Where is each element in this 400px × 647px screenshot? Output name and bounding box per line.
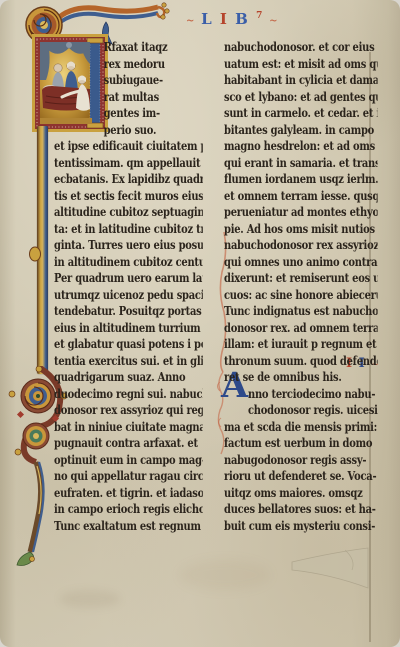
text-line: tendebatur. Posuitqz portas [54, 303, 203, 320]
text-line: ta: et in latitudine cubitoz tri- [54, 221, 203, 238]
text-line: in altitudinem cubitoz centu. [54, 254, 203, 271]
text-line: altitudine cubitoz septuagin- [54, 204, 203, 221]
text-line: perueniatur ad montes ethyo- [224, 204, 378, 221]
title-flourish-super: 7 [256, 11, 262, 21]
text-line: eius in altitudinem turrium [54, 320, 203, 337]
text-column-right: nabuchodonosor. et cor eius ele-uatum es… [224, 39, 378, 539]
text-line: donosor rex. ad omnem terram [224, 320, 378, 337]
running-title: ~ L I B 7 ~ [186, 10, 277, 28]
text-line: duces bellatores suos: et ha- [224, 501, 378, 518]
text-line: nabugodonosor regis assy- [224, 452, 378, 469]
title-letter-L: L [201, 10, 213, 28]
text-line: pugnauit contra arfaxat. et [54, 435, 203, 452]
text-line: buit cum eis mysteriu consi- [224, 518, 378, 535]
text-line: rat multas [54, 89, 203, 106]
text-line: quadrigarum suaz. Anno [54, 369, 203, 386]
text-line: qui omnes uno animo contra- [224, 254, 378, 271]
title-flourish-right: ~ [269, 16, 277, 27]
text-line: nabuchodonosor. et cor eius ele- [224, 39, 378, 56]
text-line: ret se de omnibus his. [224, 369, 378, 386]
text-line: rex medoru [54, 56, 203, 73]
text-line: nabuchodonosor rex assyrioz [224, 237, 378, 254]
text-line: subiugaue- [54, 72, 203, 89]
text-line: et omnem terram iesse. qusqz [224, 188, 378, 205]
text-line: Tunc indignatus est nabucho- [224, 303, 378, 320]
text-line: et ipse edificauit ciuitatem po- [54, 138, 203, 155]
text-line: perio suo. [54, 122, 203, 139]
text-line: optinuit eum in campo mag- [54, 452, 203, 469]
manuscript-photo: { "document": { "type": "Illuminated man… [0, 0, 400, 647]
text-line: pie. Ad hos oms misit nutios [224, 221, 378, 238]
title-letter-I: I [220, 10, 229, 28]
text-line: no qui appellatur ragau circa [54, 468, 203, 485]
text-line: nno terciodecimo nabu- [224, 386, 378, 403]
text-line: habitabant in cylicia et dama- [224, 72, 378, 89]
parchment-flaw [290, 540, 380, 610]
text-line: illam: et iurauit p regnum et [224, 336, 378, 353]
text-line: chodonosor regis. uicesi- [224, 402, 378, 419]
text-line: rioru ut defenderet se. Voca- [224, 468, 378, 485]
text-line: uitqz oms maiores. omsqz [224, 485, 378, 502]
border-bar-knob [28, 246, 42, 262]
text-line: bat in niniue ciuitate magna [54, 419, 203, 436]
title-letter-B: B [235, 10, 249, 28]
text-line: Per quadrum uero earum lat [54, 270, 203, 287]
text-line: dixerunt: et remiserunt eos ua- [224, 270, 378, 287]
text-line: ecbatanis. Ex lapidibz quadra- [54, 171, 203, 188]
text-line: flumen iordanem usqz ierlm. [224, 171, 378, 188]
text-line: qui erant in samaria. et trans [224, 155, 378, 172]
text-line: Rfaxat itaqz [54, 39, 203, 56]
text-line: magno hesdrelon: et ad oms [224, 138, 378, 155]
text-line: tis et sectis fecit muros eius i [54, 188, 203, 205]
text-line: donosor rex assyrioz qui regna- [54, 402, 203, 419]
text-line: utrumqz uicenoz pedu spacio [54, 287, 203, 304]
title-flourish-left: ~ [186, 16, 194, 27]
text-line: sco et lybano: et ad gentes que [224, 89, 378, 106]
text-column-left: Rfaxat itaqzrex medorusubiugaue-rat mult… [54, 39, 203, 539]
text-line: gentes im- [54, 105, 203, 122]
text-line: ginta. Turres uero eius posu- [54, 237, 203, 254]
text-line: factum est uerbum in domo [224, 435, 378, 452]
text-line: cuos: ac sine honore abiecerut [224, 287, 378, 304]
text-line: tentia exercitus sui. et in glia [54, 353, 203, 370]
text-line: Tunc exaltatum est regnum [54, 518, 203, 535]
text-line: bitantes galyleam. in campo [224, 122, 378, 139]
text-line: in campo erioch regis elichoz [54, 501, 203, 518]
text-line: duodecimo regni sui. nabucho- [54, 386, 203, 403]
text-line: tentissimam. qm appellauit [54, 155, 203, 172]
text-line: thronum suum. quod defende- [224, 353, 378, 370]
text-line: sunt in carmelo. et cedar. et inha- [224, 105, 378, 122]
text-line: ma et scda die mensis primi: [224, 419, 378, 436]
text-line: uatum est: et misit ad oms qui [224, 56, 378, 73]
text-line: eufraten. et tigrin. et iadason [54, 485, 203, 502]
text-line: et glabatur quasi potens i po- [54, 336, 203, 353]
